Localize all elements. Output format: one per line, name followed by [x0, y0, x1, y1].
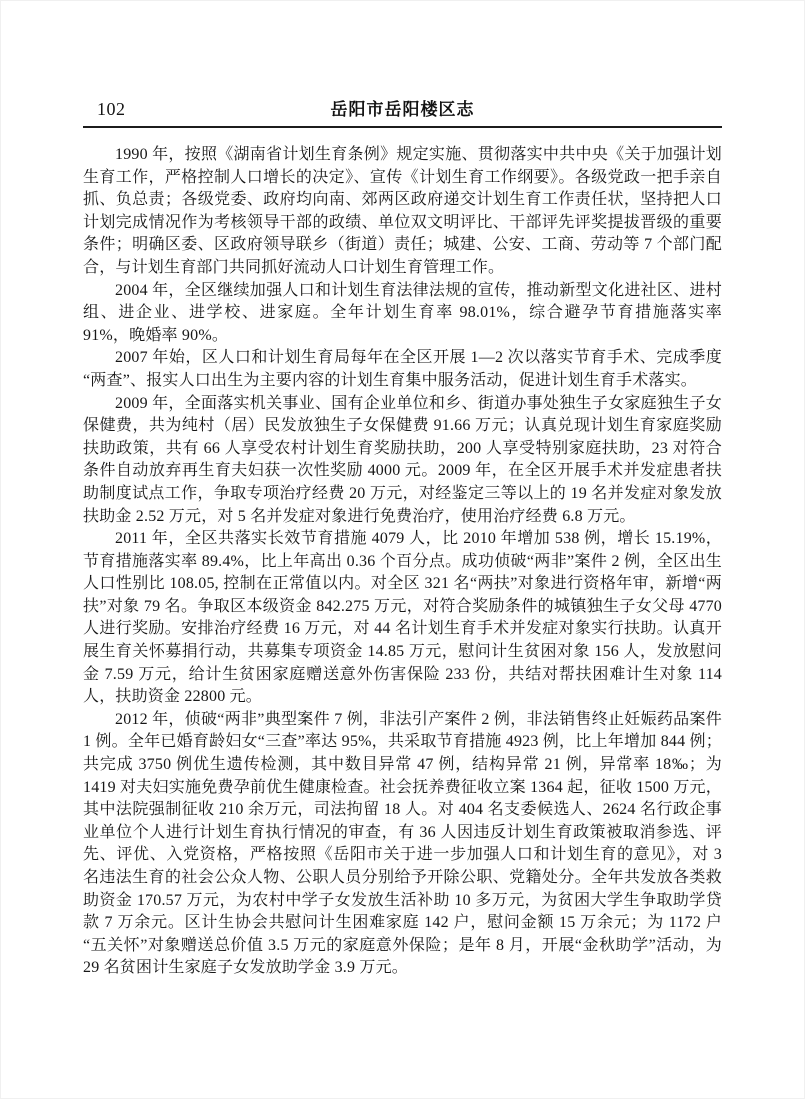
page-header-title: 岳阳市岳阳楼区志 [83, 95, 722, 120]
paragraph-2004: 2004 年，全区继续加强人口和计划生育法律法规的宣传，推动新型文化进社区、进村… [83, 280, 722, 348]
page-header: 102 岳阳市岳阳楼区志 [83, 0, 722, 128]
paragraph-2012: 2012 年，侦破“两非”典型案件 7 例，非法引产案件 2 例，非法销售终止妊… [83, 709, 722, 980]
document-page: 102 岳阳市岳阳楼区志 1990 年，按照《湖南省计划生育条例》规定实施、贯彻… [0, 0, 805, 1099]
paragraph-1990: 1990 年，按照《湖南省计划生育条例》规定实施、贯彻落实中共中央《关于加强计划… [83, 144, 722, 280]
paragraph-2011: 2011 年，全区共落实长效节育措施 4079 人，比 2010 年增加 538… [83, 528, 722, 709]
paragraph-2009: 2009 年，全面落实机关事业、国有企业单位和乡、街道办事处独生子女家庭独生子女… [83, 393, 722, 529]
document-body: 1990 年，按照《湖南省计划生育条例》规定实施、贯彻落实中共中央《关于加强计划… [83, 144, 722, 980]
paragraph-2007: 2007 年始，区人口和计划生育局每年在全区开展 1—2 次以落实节育手术、完成… [83, 347, 722, 392]
